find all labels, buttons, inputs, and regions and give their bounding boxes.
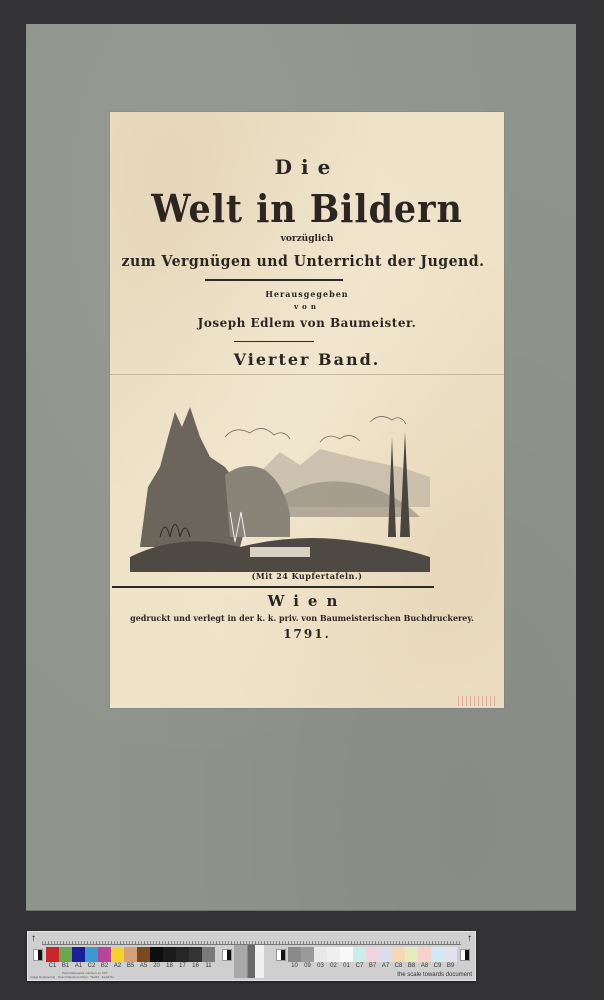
color-patch: [46, 947, 59, 962]
patch-label: 16: [189, 963, 202, 969]
patch-label: 20: [150, 963, 163, 969]
patch-label: 10: [288, 963, 301, 969]
color-patch: [327, 947, 340, 962]
color-patch: [301, 947, 314, 962]
color-patch: [366, 947, 379, 962]
imprint-city: Wien: [110, 592, 504, 610]
plate-mark: [110, 374, 504, 375]
editor-label: Herausgegeben: [110, 289, 504, 299]
volume-label: Vierter Band.: [110, 350, 504, 369]
landscape-engraving-icon: [130, 397, 430, 572]
plate-caption: (Mit 24 Kupfertafeln.): [110, 571, 504, 581]
gray-balance-patch: [222, 949, 232, 961]
gray-balance-patch: [276, 949, 286, 961]
patch-label: 02: [327, 963, 340, 969]
color-patch: [163, 947, 176, 962]
library-stamp: [458, 696, 498, 706]
patch-label: 17: [176, 963, 189, 969]
color-patch: [431, 947, 444, 962]
patch-label: B7: [366, 963, 379, 969]
patch-label: 03: [314, 963, 327, 969]
imprint-line: gedruckt und verlegt in der k. k. priv. …: [100, 613, 504, 623]
color-patch: [353, 947, 366, 962]
gray-balance-patch: [33, 949, 43, 961]
patch-label: 01: [340, 963, 353, 969]
patch-label: C7: [353, 963, 366, 969]
divider-rule: [234, 341, 314, 342]
left-patch-labels: C1B1A1C2B2A2B5A52018171611: [46, 963, 215, 969]
editor-by: von: [110, 302, 504, 311]
patch-label: A5: [137, 963, 150, 969]
scale-direction-note: the scale towards document: [397, 972, 472, 978]
color-patch: [59, 947, 72, 962]
color-patch: [288, 947, 301, 962]
chart-footer-note: Image Engineering · Scan Reference Chart…: [30, 975, 115, 979]
patch-label: B2: [98, 963, 111, 969]
patch-label: B1: [59, 963, 72, 969]
right-patch-labels: 1009030201C7B7A7C8B8A8C9B9: [288, 963, 457, 969]
patch-label: A2: [111, 963, 124, 969]
color-patch: [150, 947, 163, 962]
subtitle-vorzueglich: vorzüglich: [110, 234, 504, 244]
patch-label: C8: [392, 963, 405, 969]
patch-label: C9: [431, 963, 444, 969]
color-patch: [418, 947, 431, 962]
color-patch: [189, 947, 202, 962]
subtitle-line: zum Vergnügen und Unterricht der Jugend.: [114, 252, 492, 270]
patch-label: A7: [379, 963, 392, 969]
color-patch: [176, 947, 189, 962]
right-color-patches: [288, 947, 457, 962]
color-patch: [379, 947, 392, 962]
color-patch: [202, 947, 215, 962]
editor-name: Joseph Edlem von Baumeister.: [110, 316, 504, 330]
color-patch: [340, 947, 353, 962]
up-arrow-icon: ↑: [31, 934, 36, 944]
imprint-year: 1791.: [110, 627, 504, 641]
title-page: Die Welt in Bildern vorzüglich zum Vergn…: [110, 112, 504, 708]
patch-label: C2: [85, 963, 98, 969]
patch-label: A1: [72, 963, 85, 969]
up-arrow-icon: ↑: [467, 934, 472, 944]
color-patch: [137, 947, 150, 962]
divider-rule: [112, 586, 434, 588]
divider-rule: [205, 279, 343, 281]
patch-label: 11: [202, 963, 215, 969]
color-patch: [314, 947, 327, 962]
patch-label: B8: [405, 963, 418, 969]
color-patch: [124, 947, 137, 962]
patch-label: B5: [124, 963, 137, 969]
color-calibration-target: ↑ ↑ C1B1A1C2B2A2B5A52018171611 Patch Ref…: [27, 931, 476, 981]
color-patch: [111, 947, 124, 962]
color-patch: [444, 947, 457, 962]
title-die: Die: [110, 155, 504, 179]
color-patch: [72, 947, 85, 962]
color-patch: [392, 947, 405, 962]
color-patch: [98, 947, 111, 962]
color-patch: [405, 947, 418, 962]
patch-label: 09: [301, 963, 314, 969]
gray-scale-block: [234, 945, 264, 978]
left-color-patches: [46, 947, 215, 962]
gray-balance-patch: [460, 949, 470, 961]
patch-label: 18: [163, 963, 176, 969]
title-main: Welt in Bildern: [126, 186, 488, 231]
patch-label: C1: [46, 963, 59, 969]
patch-label: A8: [418, 963, 431, 969]
patch-label: B9: [444, 963, 457, 969]
color-patch: [85, 947, 98, 962]
mm-ruler: [42, 936, 461, 945]
